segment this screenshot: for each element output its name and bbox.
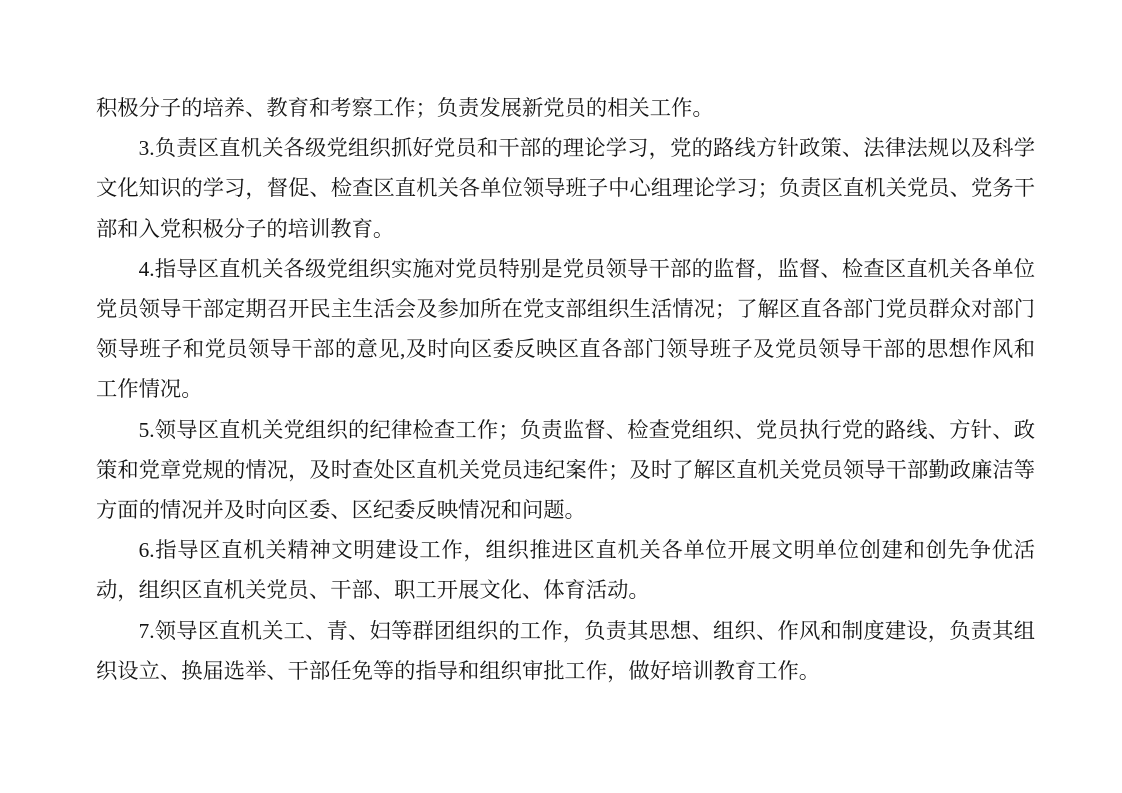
paragraph-item-3: 3.负责区直机关各级党组织抓好党员和干部的理论学习，党的路线方针政策、法律法规以… — [96, 128, 1035, 249]
document-page: 积极分子的培养、教育和考察工作；负责发展新党员的相关工作。 3.负责区直机关各级… — [0, 0, 1122, 793]
paragraph-item-5: 5.领导区直机关党组织的纪律检查工作；负责监督、检查党组织、党员执行党的路线、方… — [96, 410, 1035, 531]
paragraph-continuation: 积极分子的培养、教育和考察工作；负责发展新党员的相关工作。 — [96, 88, 1035, 128]
paragraph-item-6: 6.指导区直机关精神文明建设工作，组织推进区直机关各单位开展文明单位创建和创先争… — [96, 530, 1035, 610]
paragraph-item-7: 7.领导区直机关工、青、妇等群团组织的工作，负责其思想、组织、作风和制度建设，负… — [96, 611, 1035, 691]
paragraph-item-4: 4.指导区直机关各级党组织实施对党员特别是党员领导干部的监督，监督、检查区直机关… — [96, 249, 1035, 410]
document-text-block: 积极分子的培养、教育和考察工作；负责发展新党员的相关工作。 3.负责区直机关各级… — [96, 88, 1035, 691]
